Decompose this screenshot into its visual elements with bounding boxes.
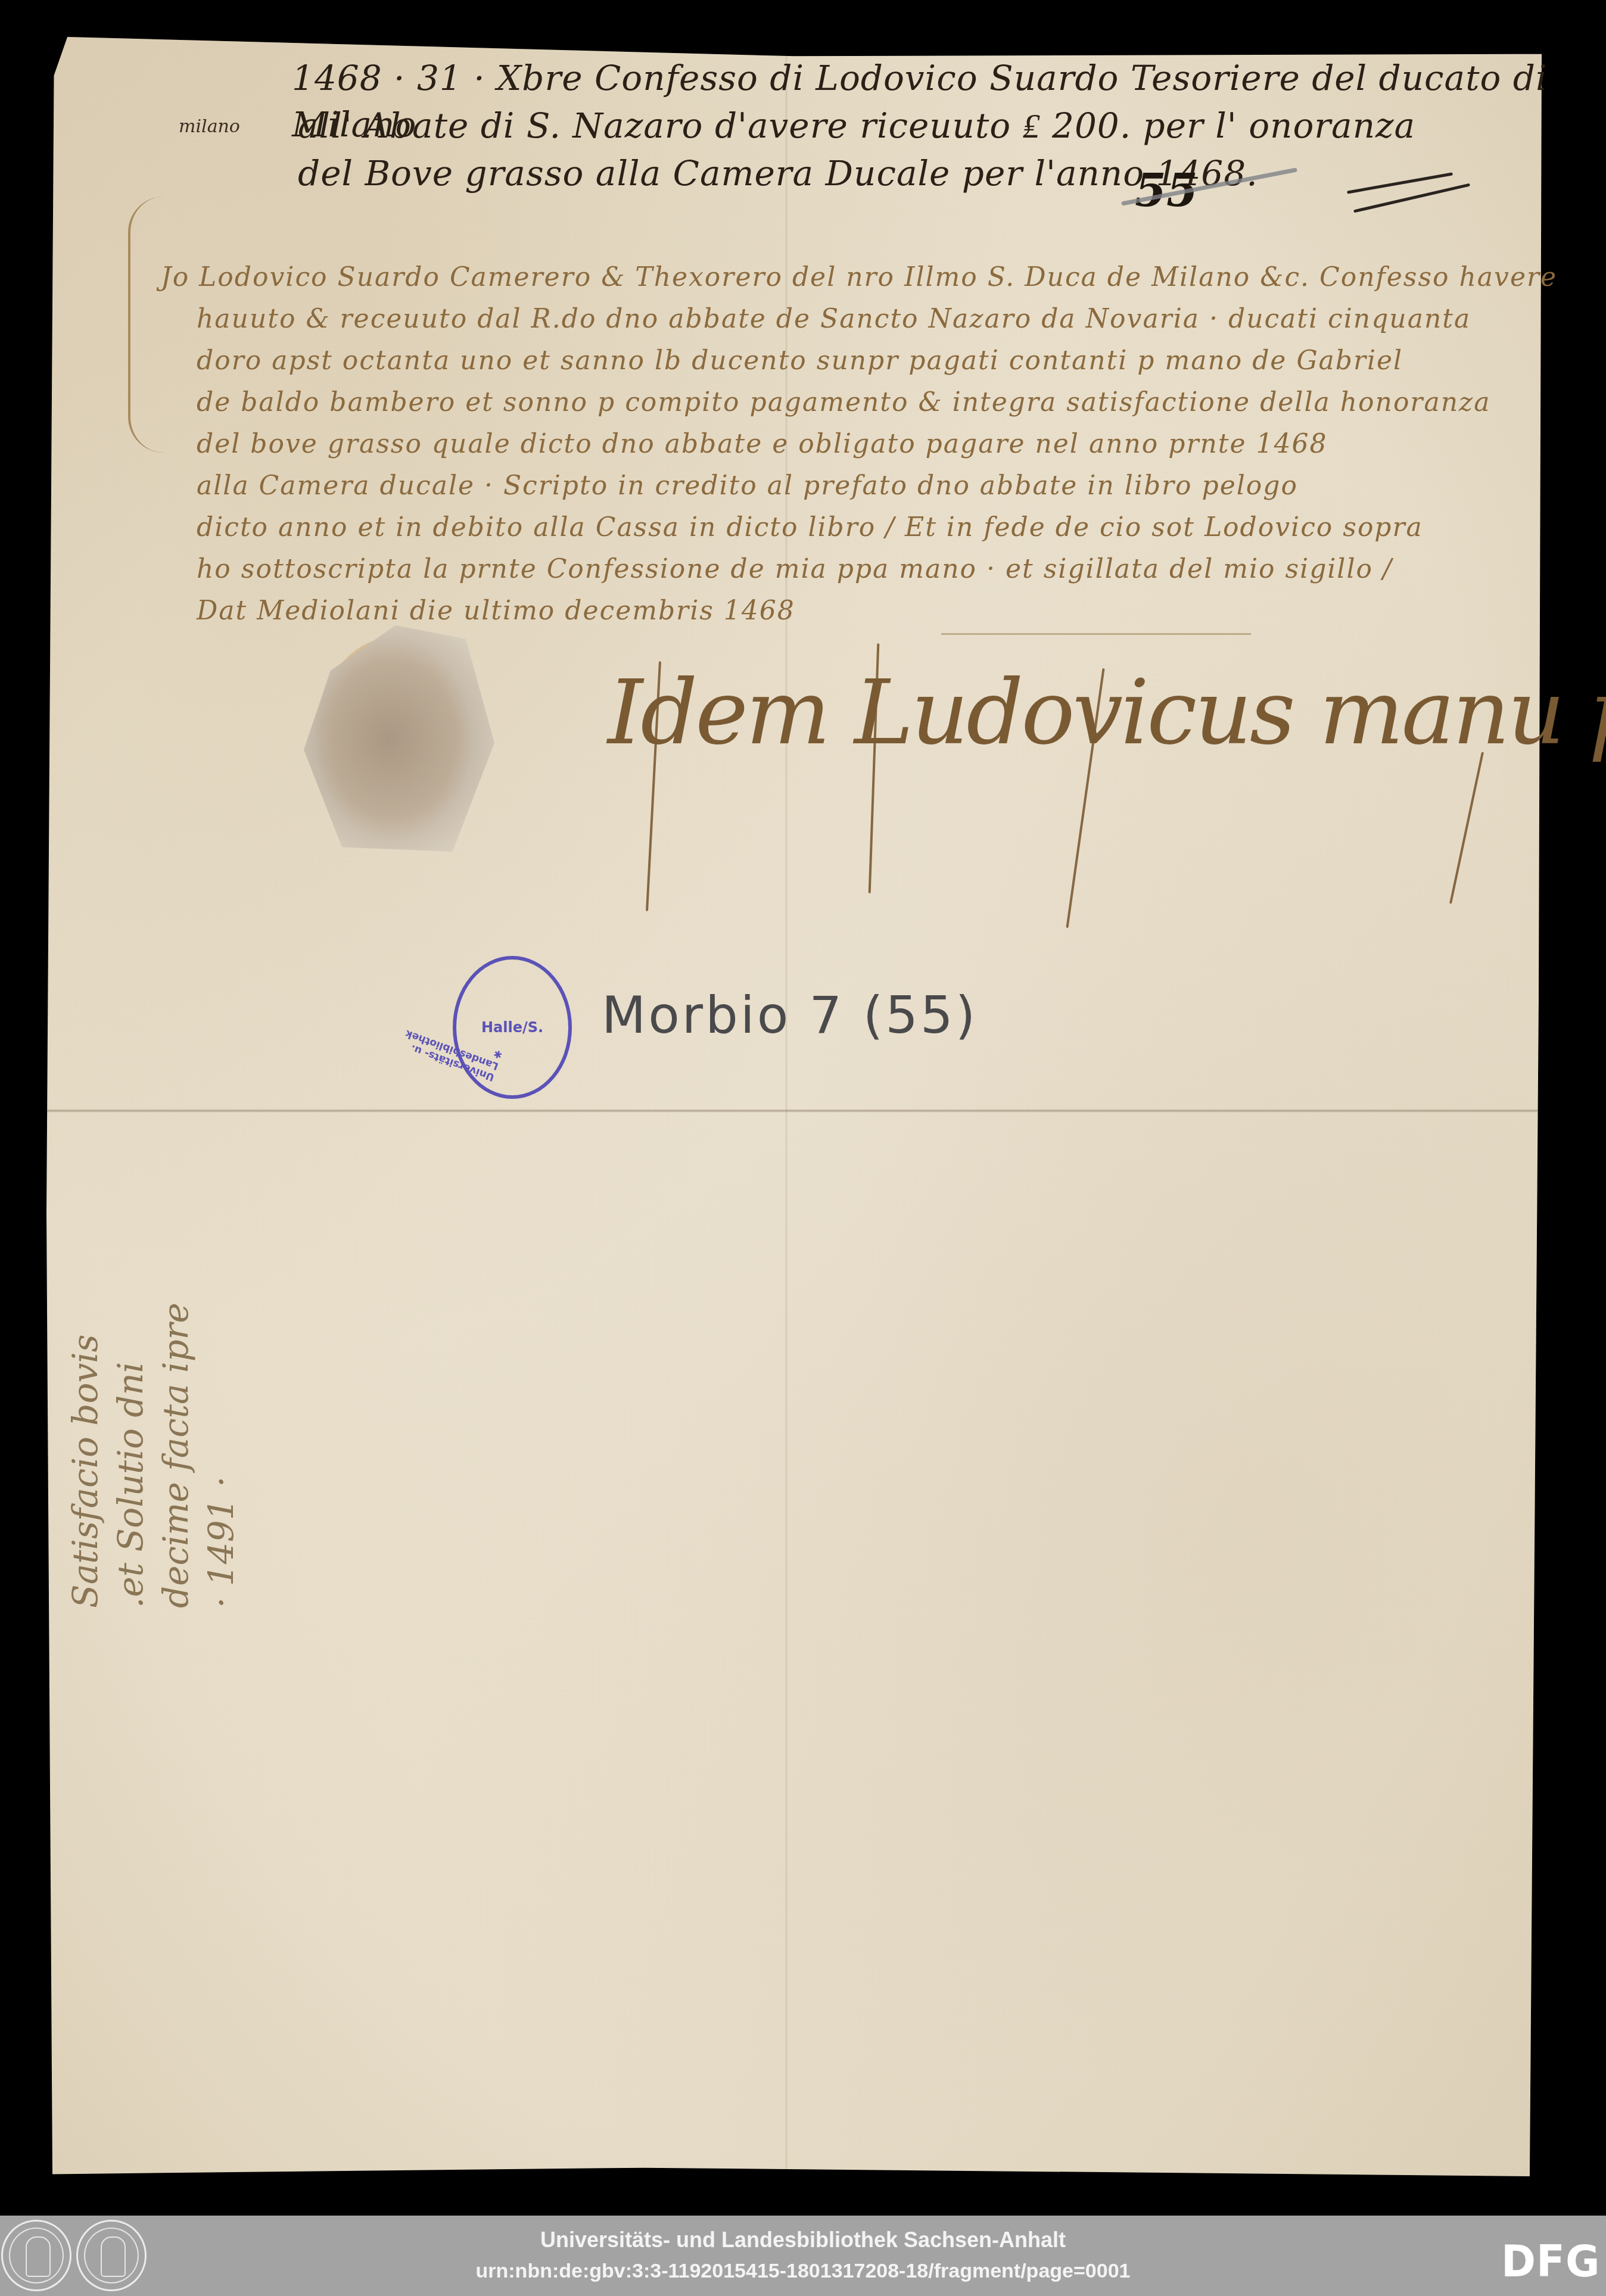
seal-paper-cover [304,625,494,852]
urn-identifier: urn:nbn:de:gbv:3:3-1192015415-1801317208… [0,2260,1606,2283]
dorsal-endorsement: Satisfacio bovis .et Solutio dni decime … [63,1303,244,1608]
body-line-4: de baldo bambero et sonno p compito paga… [197,387,1490,418]
stamp-center-text: Halle/S. [481,1019,543,1036]
body-line-5: del bove grasso quale dicto dno abbate e… [197,429,1328,459]
dorsal-line-2: .et Solutio dni [108,1303,153,1608]
margin-note-milano: milano [179,116,240,137]
body-line-2: hauuto & receuuto dal R.do dno abbate de… [197,304,1471,334]
archival-header-line-2: all' Abate di S. Nazaro d'avere riceuuto… [298,102,1415,149]
dorsal-line-3: decime facta ipre [153,1303,198,1608]
dorsal-line-1: Satisfacio bovis [63,1303,108,1608]
pencil-shelfmark: Morbio 7 (55) [602,986,978,1045]
document-scan-viewer: milano 1468 · 31 · Xbre Confesso di Lodo… [0,0,1606,2216]
body-line-8: ho sottoscripta la prnte Confessione de … [197,554,1393,584]
dorsal-line-4: · 1491 · [198,1303,244,1608]
horizontal-fold-line [46,1109,1542,1113]
autograph-signature: Idem Ludovicus manu ppa [608,661,1606,765]
body-line-7: dicto anno et in debito alla Cassa in di… [197,512,1423,543]
initial-bracket-flourish [128,197,166,453]
library-ownership-stamp: Universitäts- u. Landesbibliothek ✱ Hall… [453,956,572,1099]
wax-seal-with-paper-cover [304,625,494,852]
body-line-1: Jo Lodovico Suardo Camerero & Thexorero … [161,262,1557,292]
body-line-6: alla Camera ducale · Scripto in credito … [197,471,1298,501]
institution-name: Universitäts- und Landesbibliothek Sachs… [0,2228,1606,2253]
body-line-3: doro apst octanta uno et sanno lb ducent… [197,345,1403,376]
dfg-logo: DFG [1501,2236,1600,2287]
archival-header-line-3: del Bove grasso alla Camera Ducale per l… [298,150,1258,197]
body-line-9-dating: Dat Mediolani die ultimo decembris 1468 [197,596,795,626]
dating-rule-line [941,633,1251,635]
digitization-footer-banner: Universitäts- und Landesbibliothek Sachs… [0,2216,1606,2296]
